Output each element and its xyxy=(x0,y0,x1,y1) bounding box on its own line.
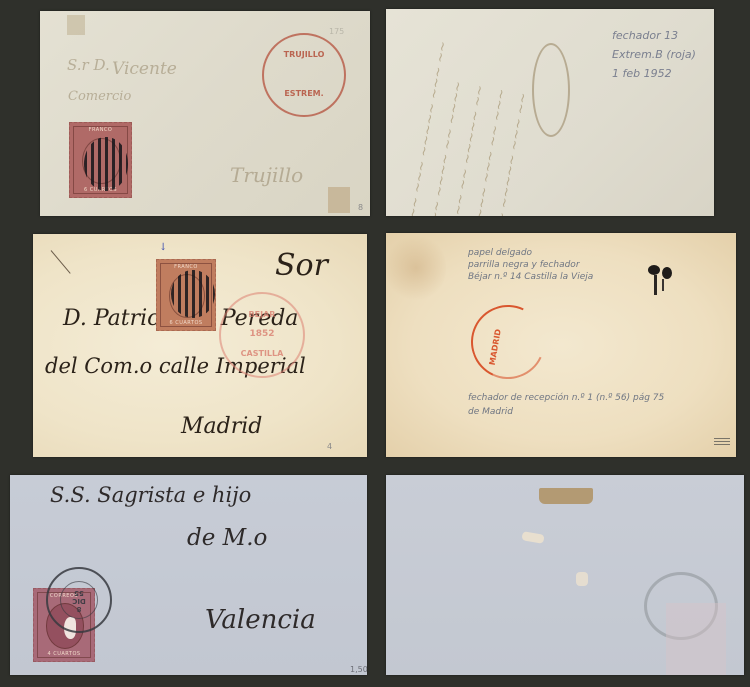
postmark: BEJAR 1852 CASTILLA xyxy=(219,292,305,378)
expert-mark xyxy=(714,436,730,445)
stamp: FRANCO 6 CUARTOS xyxy=(69,122,132,198)
pencil-arrow-mark: ↓ xyxy=(159,242,167,253)
cover-3-back xyxy=(386,475,744,675)
stain xyxy=(67,15,85,35)
cover-2-front: Sor D. Patricio de Pereda del Com.o call… xyxy=(33,234,367,457)
stain xyxy=(328,187,350,213)
address-line: de M.o xyxy=(187,525,267,551)
flourish xyxy=(532,43,570,137)
grid-cancel xyxy=(171,270,215,318)
pen-stroke xyxy=(51,250,71,274)
hinge-remnant xyxy=(576,572,588,586)
address-line: S.S. Sagrista e hijo xyxy=(50,483,251,507)
address-line: Valencia xyxy=(205,605,316,635)
address-line: Madrid xyxy=(181,414,262,439)
address-line: Comercio xyxy=(68,89,131,104)
grid-cancel xyxy=(84,137,128,191)
black-handstamp xyxy=(648,265,678,295)
madrid-postmark: MADRID xyxy=(461,295,556,390)
stain xyxy=(386,233,446,303)
cover-3-front: S.S. Sagrista e hijo de M.o Valencia 1,5… xyxy=(10,475,367,675)
hinge-remnant xyxy=(521,531,544,544)
corner-note: 175 xyxy=(329,27,344,36)
cover-1-front: S.r D. Vicente Comercio Trujillo 175 8 T… xyxy=(40,11,370,216)
address-line: Trujillo xyxy=(230,163,303,187)
pencil-note: fechador 13 Extrem.B (roja) 1 feb 1952 xyxy=(612,26,696,83)
cover-1-back: ~~ ~~~ ~~~~~ ~~~ ~~~~ ~~~~ ~~ ~~~~~~~ ~~… xyxy=(386,9,714,216)
offset-stamp xyxy=(666,603,726,675)
hinge-remnant xyxy=(539,488,593,504)
corner-note: 8 xyxy=(358,203,363,212)
pencil-note-top: papel delgado parrilla negra y fechador … xyxy=(468,247,593,283)
valencia-postmark: 8 DIC 55 xyxy=(46,567,112,633)
stamp: FRANCO 6 CUARTOS xyxy=(156,259,216,331)
postmark: TRUJILLO ESTREM. xyxy=(262,33,346,117)
pencil-note-bottom: fechador de recepción n.º 1 (n.º 56) pág… xyxy=(468,391,664,419)
corner-note: 4 xyxy=(327,442,332,451)
address-line: Sor xyxy=(275,248,328,283)
letter-text-offset: ~~ ~~~ ~~~~~ ~~~ ~~~~ ~~~~ ~~ ~~~~~~~ ~~… xyxy=(402,9,619,216)
corner-note: 1,50 xyxy=(350,665,367,674)
address-line: S.r D. xyxy=(67,56,110,74)
cover-2-back: papel delgado parrilla negra y fechador … xyxy=(386,233,736,457)
address-line: Vicente xyxy=(112,59,177,79)
